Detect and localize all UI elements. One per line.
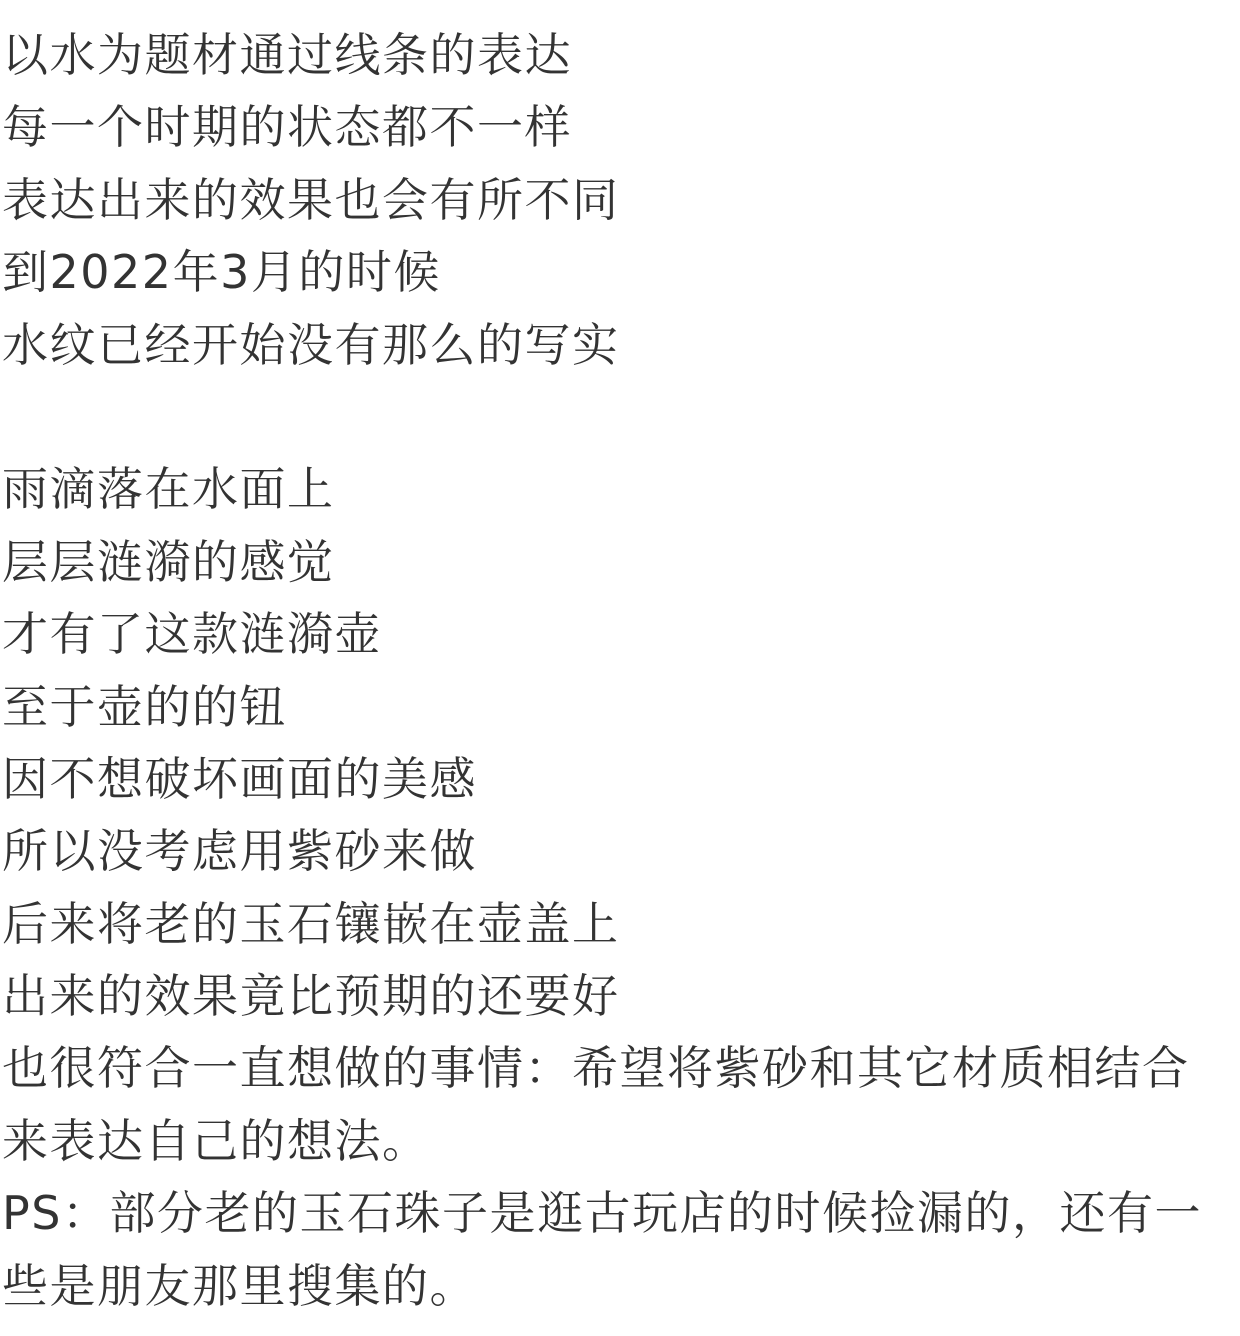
text-line: 以水为题材通过线条的表达	[2, 19, 1238, 91]
text-line: 来表达自己的想法。	[2, 1105, 1238, 1177]
text-line: 也很符合一直想做的事情：希望将紫砂和其它材质相结合	[2, 1032, 1238, 1104]
text-line: 出来的效果竟比预期的还要好	[2, 960, 1238, 1032]
text-line: 到2022年3月的时候	[2, 236, 1238, 308]
text-line: 才有了这款涟漪壶	[2, 598, 1238, 670]
paragraph-spacer	[2, 381, 1238, 453]
text-line: 后来将老的玉石镶嵌在壶盖上	[2, 888, 1238, 960]
document-body: 以水为题材通过线条的表达 每一个时期的状态都不一样 表达出来的效果也会有所不同 …	[2, 19, 1238, 1322]
text-line: 表达出来的效果也会有所不同	[2, 164, 1238, 236]
text-line: 层层涟漪的感觉	[2, 526, 1238, 598]
text-line: 水纹已经开始没有那么的写实	[2, 309, 1238, 381]
text-line: 至于壶的的钮	[2, 671, 1238, 743]
paragraph-1: 以水为题材通过线条的表达 每一个时期的状态都不一样 表达出来的效果也会有所不同 …	[2, 19, 1238, 381]
text-line: 每一个时期的状态都不一样	[2, 91, 1238, 163]
text-line: 雨滴落在水面上	[2, 453, 1238, 525]
text-line: 所以没考虑用紫砂来做	[2, 815, 1238, 887]
text-line: 因不想破坏画面的美感	[2, 743, 1238, 815]
paragraph-2: 雨滴落在水面上 层层涟漪的感觉 才有了这款涟漪壶 至于壶的的钮 因不想破坏画面的…	[2, 453, 1238, 1322]
text-line: 些是朋友那里搜集的。	[2, 1250, 1238, 1322]
text-line: PS：部分老的玉石珠子是逛古玩店的时候捡漏的，还有一	[2, 1177, 1238, 1249]
